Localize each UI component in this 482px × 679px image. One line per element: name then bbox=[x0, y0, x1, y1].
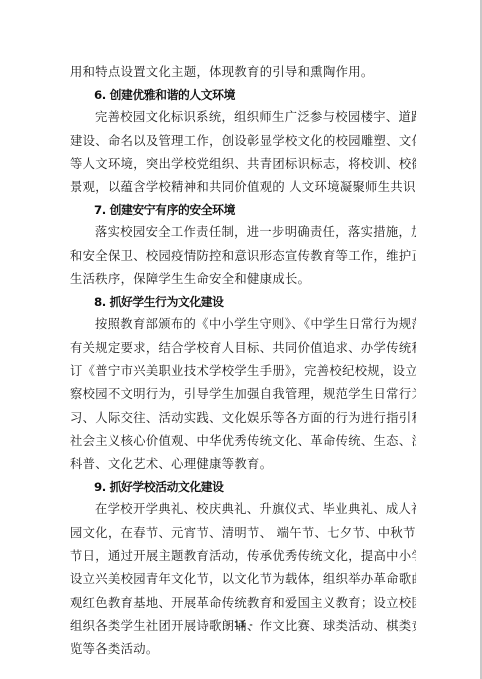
paragraph-line: 园文化，在春节、元宵节、清明节、 端午节、七夕节、中秋节、重阳节等传统 bbox=[70, 522, 416, 545]
paragraph-line: 观红色教育基地、开展革命传统教育和爱国主义教育；设立校园社团文化活动月， bbox=[70, 592, 416, 615]
paragraph-line: 按照教育部颁布的《中小学生守则》、《中学生日常行为规范（修订）》等 bbox=[70, 313, 416, 336]
section-heading-6: 6. 创建优雅和谐的人文环境 bbox=[70, 84, 416, 106]
paragraph-line: 和安全保卫、校园疫情防控和意识形态宣传教育等工作，维护正常教学、工作和 bbox=[70, 245, 416, 268]
section-heading-9: 9. 抓好学校活动文化建设 bbox=[70, 476, 416, 498]
paragraph-line: 科普、文化艺术、心理健康等教育。 bbox=[70, 453, 416, 476]
paragraph-line: 景观，以蕴含学校精神和共同价值观的 人文环境凝聚师生共识、规范师生行为。 bbox=[70, 176, 416, 199]
paragraph-line: 在学校开学典礼、校庆典礼、升旗仪式、毕业典礼、成人礼等仪式上渗透校 bbox=[70, 498, 416, 521]
document-page: 用和特点设置文化主题，体现教育的引导和熏陶作用。 6. 创建优雅和谐的人文环境 … bbox=[0, 0, 482, 679]
paragraph-line: 察校园不文明行为，引导学生加强自我管理，规范学生日常行为，对学生校内学 bbox=[70, 383, 416, 406]
paragraph-line: 建设、命名以及管理工作，创设彰显学校文化的校园雕塑、文化长廊、宣传阵地 bbox=[70, 130, 416, 153]
paragraph-line: 落实校园安全工作责任制，进一步明确责任，落实措施，加强校园安全管理 bbox=[70, 221, 416, 244]
paragraph-line: 览等各类活动。 bbox=[70, 638, 416, 661]
paragraph-line: 订《普宁市兴美职业技术学校学生手册》，完善校纪校规，设立校风纠察队，纠 bbox=[70, 360, 416, 383]
paragraph-line: 社会主义核心价值观、中华优秀传统文化、革命传统、生态、法治、安全、健康、 bbox=[70, 430, 416, 453]
paragraph-line: 完善校园文化标识系统，组织师生广泛参与校园楼宇、道路、景点的规划、 bbox=[70, 106, 416, 129]
paragraph-line: 节日，通过开展主题教育活动，传承优秀传统文化，提高中小学生传统文化修养。 bbox=[70, 545, 416, 568]
paragraph-line: 生活秩序，保障学生生命安全和健康成长。 bbox=[70, 268, 416, 291]
page-number: - 11 - bbox=[0, 620, 480, 629]
paragraph-line: 习、人际交往、活动实践、文化娱乐等各方面的行为进行指引和规范，着力加强 bbox=[70, 407, 416, 430]
paragraph-line: 设立兴美校园青年文化节，以文化节为载体，组织举办革命歌曲和校歌比赛、参 bbox=[70, 568, 416, 591]
section-heading-8: 8. 抓好学生行为文化建设 bbox=[70, 291, 416, 313]
page-content: 用和特点设置文化主题，体现教育的引导和熏陶作用。 6. 创建优雅和谐的人文环境 … bbox=[70, 61, 416, 662]
section-heading-7: 7. 创建安宁有序的安全环境 bbox=[70, 199, 416, 221]
paragraph-line: 用和特点设置文化主题，体现教育的引导和熏陶作用。 bbox=[70, 61, 416, 84]
paragraph-line: 等人文环境，突出学校党组织、共青团标识标志，将校训、校徽等元素融入校园 bbox=[70, 153, 416, 176]
paragraph-line: 有关规定要求，结合学校育人目标、共同价值追求、办学传统和愿景等因素，修 bbox=[70, 337, 416, 360]
